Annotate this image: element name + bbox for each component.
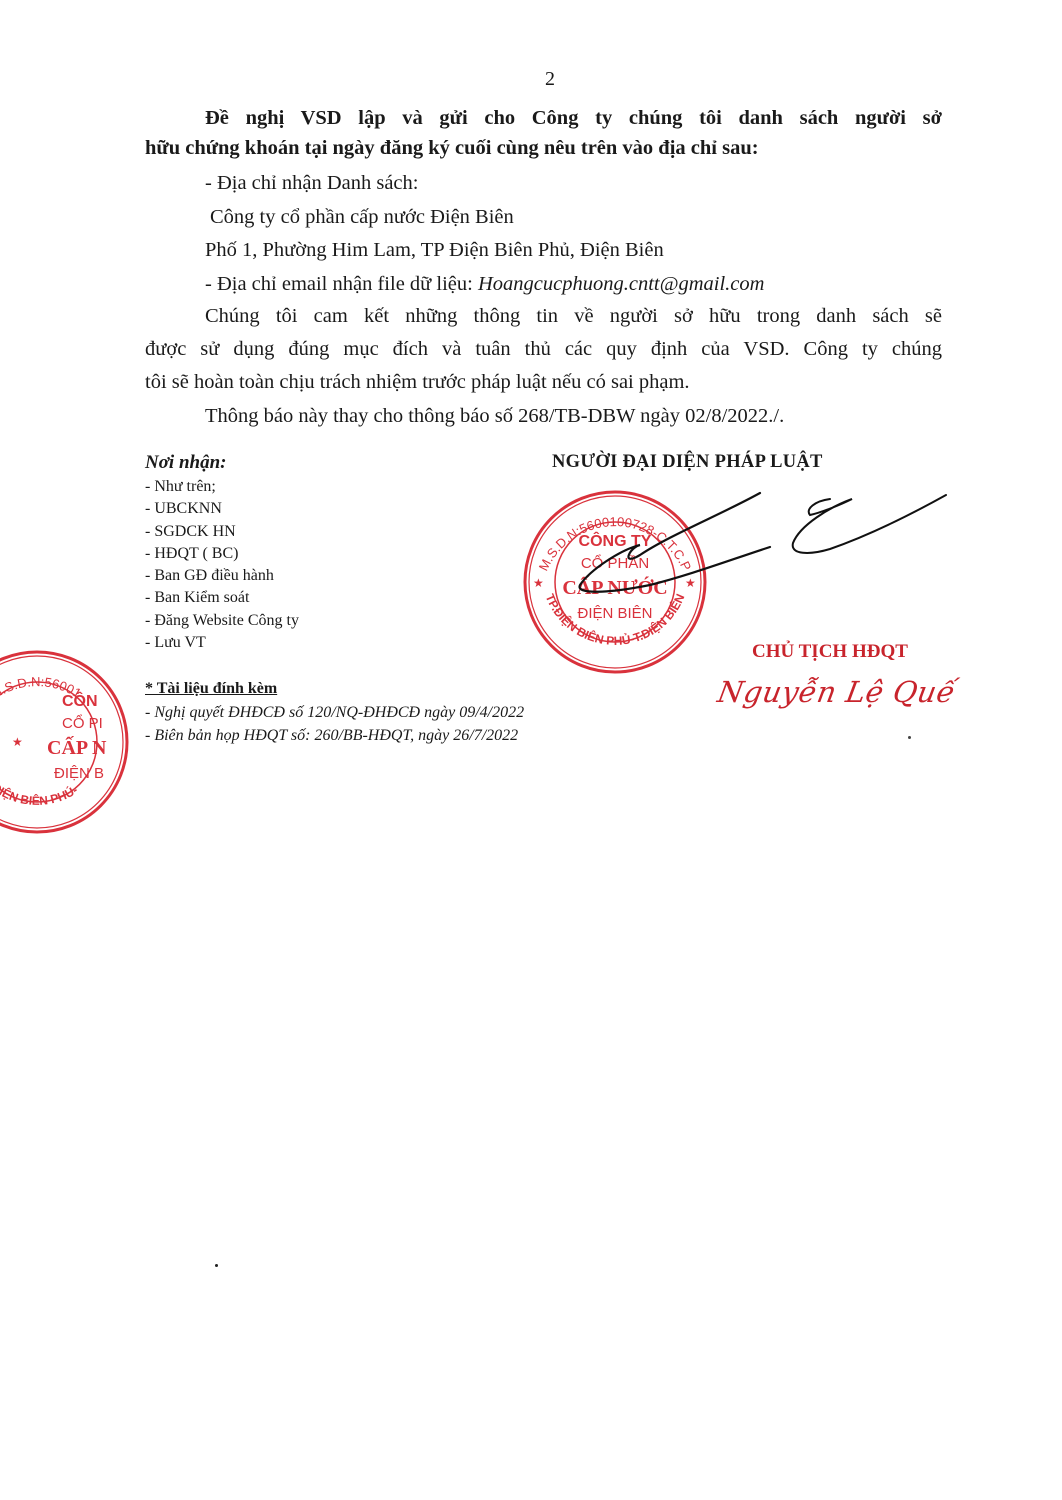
- address-label: - Địa chỉ nhận Danh sách:: [205, 168, 418, 198]
- commit-line-2: được sử dụng đúng mục đích và tuân thủ c…: [145, 334, 942, 364]
- recipients-list: - Như trên; - UBCKNN - SGDCK HN - HĐQT (…: [145, 476, 299, 654]
- stamp-star-icon: ★: [533, 576, 544, 590]
- email-line: - Địa chỉ email nhận file dữ liệu: Hoang…: [205, 269, 764, 299]
- chair-name: Nguyễn Lệ Quế: [715, 675, 958, 709]
- recipient-item: - Ban Kiểm soát: [145, 587, 299, 609]
- replace-notice: Thông báo này thay cho thông báo số 268/…: [205, 401, 784, 431]
- chair-title: CHỦ TỊCH HĐQT: [752, 641, 908, 663]
- side-stamp: M.S.D.N:56001 TP.ĐIỆN BIÊN PHÚ- ★ CÔN CỔ…: [0, 648, 132, 833]
- email-label: - Địa chỉ email nhận file dữ liệu:: [205, 273, 478, 295]
- side-stamp-line-2: CỔ PI: [62, 714, 103, 732]
- company-name: Công ty cổ phần cấp nước Điện Biên: [210, 202, 514, 232]
- side-stamp-line-4: ĐIỆN B: [54, 765, 104, 782]
- recipient-item: - Lưu VT: [145, 632, 299, 654]
- request-line-1: Đề nghị VSD lập và gửi cho Công ty chúng…: [205, 103, 942, 133]
- side-stamp-line-1: CÔN: [62, 691, 98, 710]
- recipient-item: - Đăng Website Công ty: [145, 610, 299, 632]
- commit-line-3: tôi sẽ hoàn toàn chịu trách nhiệm trước …: [145, 367, 690, 397]
- recipient-item: - UBCKNN: [145, 498, 299, 520]
- side-stamp-line-3: CẤP N: [47, 735, 107, 759]
- attachments-title: * Tài liệu đính kèm: [145, 680, 277, 698]
- email-value[interactable]: Hoangcucphuong.cntt@gmail.com: [478, 273, 764, 295]
- recipient-item: - SGDCK HN: [145, 521, 299, 543]
- handwritten-signature: [560, 485, 960, 605]
- side-stamp-star-icon: ★: [12, 735, 23, 749]
- attachment-item: - Nghị quyết ĐHĐCĐ số 120/NQ-ĐHĐCĐ ngày …: [145, 704, 524, 722]
- page-number: 2: [0, 68, 1062, 91]
- company-address: Phố 1, Phường Him Lam, TP Điện Biên Phủ,…: [205, 235, 664, 265]
- recipient-item: - Như trên;: [145, 476, 299, 498]
- scan-speck: [215, 1264, 218, 1267]
- scan-speck: [908, 736, 911, 739]
- stamp-line-4: ĐIỆN BIÊN: [577, 605, 652, 622]
- recipients-title: Nơi nhận:: [145, 452, 226, 474]
- recipient-item: - HĐQT ( BC): [145, 543, 299, 565]
- request-line-2: hữu chứng khoán tại ngày đăng ký cuối cù…: [145, 133, 759, 163]
- attachment-item: - Biên bản họp HĐQT số: 260/BB-HĐQT, ngà…: [145, 727, 518, 745]
- recipient-item: - Ban GĐ điều hành: [145, 565, 299, 587]
- representative-title: NGƯỜI ĐẠI DIỆN PHÁP LUẬT: [552, 452, 823, 473]
- commit-line-1: Chúng tôi cam kết những thông tin về ngư…: [205, 301, 942, 331]
